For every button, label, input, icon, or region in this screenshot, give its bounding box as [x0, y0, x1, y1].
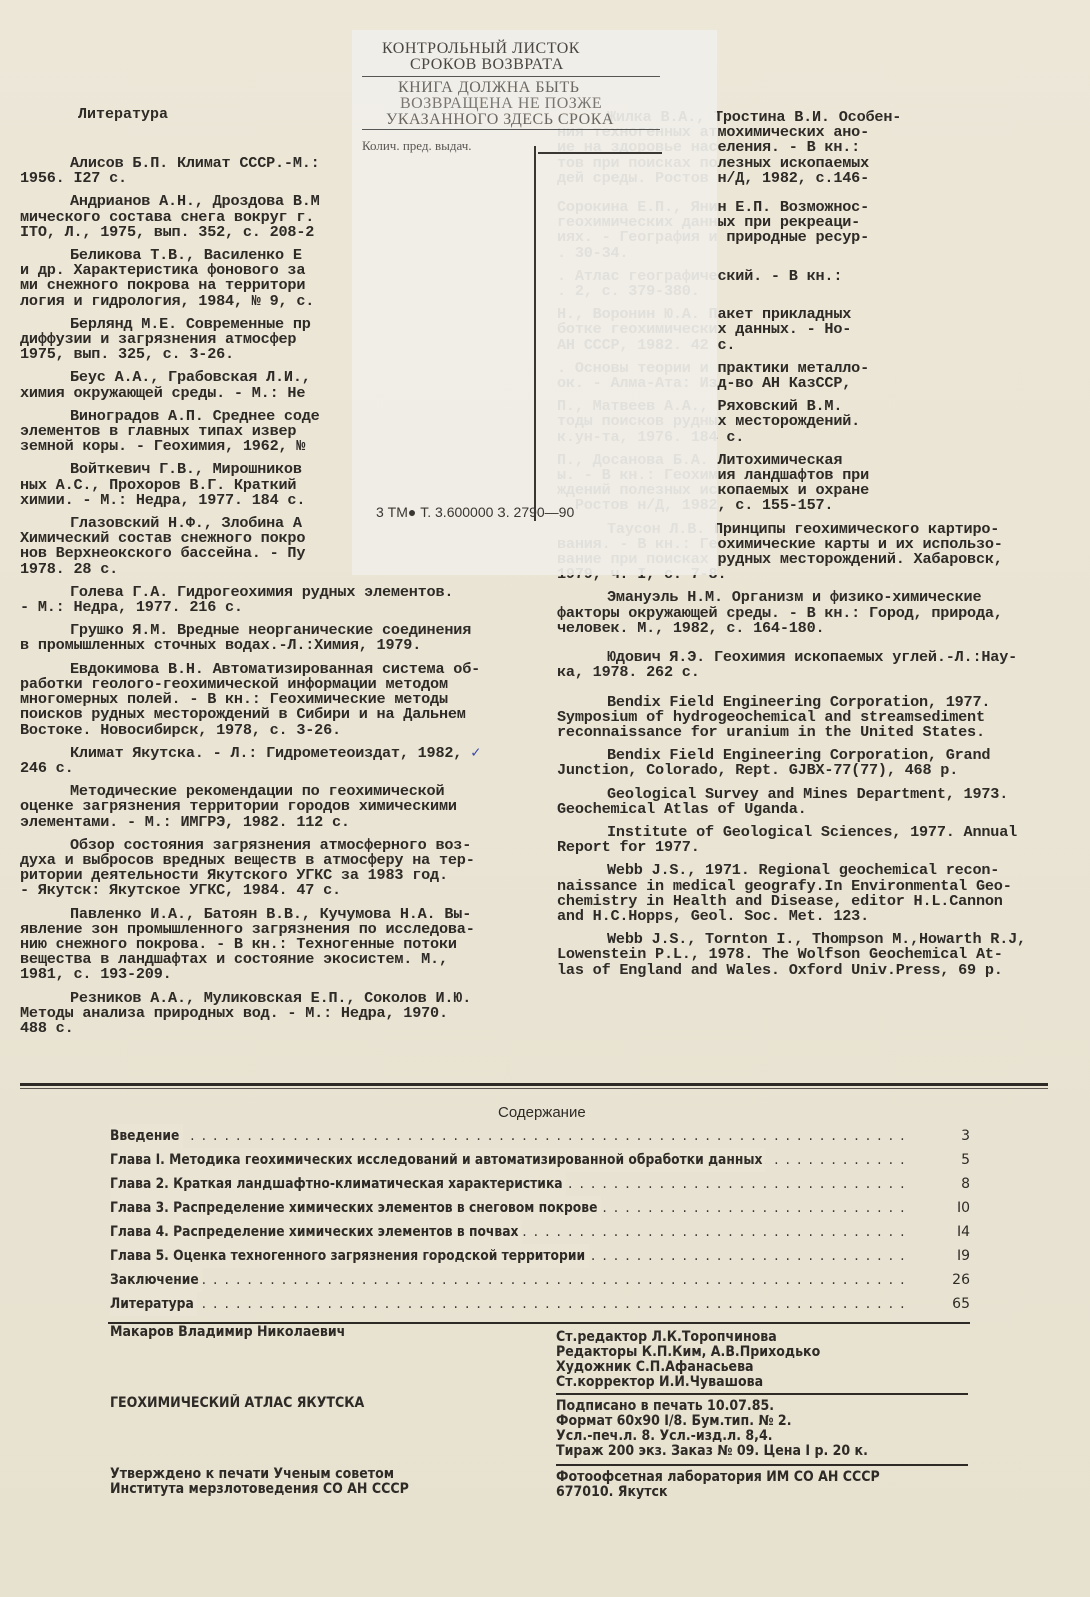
imprint-line: Фотоофсетная лаборатория ИМ СО АН СССР — [556, 1470, 880, 1485]
toc-entry: ........................................… — [110, 1172, 970, 1196]
reference-line: духа и выбросов вредных веществ в атмосф… — [20, 853, 526, 868]
reference-line: Павленко И.А., Батоян В.В., Кучумова Н.А… — [20, 907, 526, 922]
section-heading: Литература — [78, 106, 168, 123]
imprint-approval-1: Утверждено к печати Ученым советом — [110, 1467, 394, 1482]
toc-title: Содержание — [498, 1104, 586, 1121]
reference-entry: Евдокимова В.Н. Автоматизированная систе… — [20, 662, 526, 738]
imprint-divider — [556, 1393, 968, 1395]
imprint-author: Макаров Владимир Николаевич — [110, 1325, 345, 1340]
reference-line: 488 с. — [20, 1021, 526, 1036]
reference-line: многомерных полей. - В кн.: Геохимически… — [20, 692, 526, 707]
reference-line: Обзор состояния загрязнения атмосферного… — [20, 838, 526, 853]
reference-line: and H.C.Hopps, Geol. Soc. Met. 123. — [557, 909, 1069, 924]
imprint-book-title: ГЕОХИМИЧЕСКИЙ АТЛАС ЯКУТСКА — [110, 1396, 364, 1411]
reference-line: Webb J.S., Tornton I., Thompson M.,Howar… — [557, 932, 1069, 947]
reference-line: - М.: Недра, 1977. 216 с. — [20, 600, 526, 615]
reference-line: Резников А.А., Муликовская Е.П., Соколов… — [20, 991, 526, 1006]
reference-line: las of England and Wales. Oxford Univ.Pr… — [557, 963, 1069, 978]
reference-line: человек. М., 1982, с. 164-180. — [557, 621, 1069, 636]
reference-line: Geochemical Atlas of Uganda. — [557, 802, 1069, 817]
reference-line: - Якутск: Якутское УГКС, 1984. 47 с. — [20, 883, 526, 898]
section-divider — [20, 1088, 1048, 1089]
toc-entry-label: Глава I. Методика геохимических исследов… — [110, 1148, 766, 1172]
reference-line: ритории деятельности Якутского УГКС за 1… — [20, 868, 526, 883]
reference-entry: Эмануэль Н.М. Организм и физико-химическ… — [557, 590, 1069, 636]
imprint-approval-2: Института мерзлотоведения СО АН СССР — [110, 1482, 409, 1497]
reference-entry: Павленко И.А., Батоян В.В., Кучумова Н.А… — [20, 907, 526, 983]
reference-entry: Климат Якутска. - Л.: Гидрометеоиздат, 1… — [20, 746, 526, 776]
reference-line: 246 с. — [20, 761, 526, 776]
reference-line: ка, 1978. 262 с. — [557, 665, 1069, 680]
reference-line: Методы анализа природных вод. - М.: Недр… — [20, 1006, 526, 1021]
reference-entry: Geological Survey and Mines Department, … — [557, 787, 1069, 817]
reference-line: Климат Якутска. - Л.: Гидрометеоиздат, 1… — [20, 746, 526, 761]
toc-entry: ........................................… — [110, 1292, 970, 1316]
imprint-divider — [556, 1464, 968, 1466]
reference-line: Эмануэль Н.М. Организм и физико-химическ… — [557, 590, 1069, 605]
reference-line: Методические рекомендации по геохимическ… — [20, 784, 526, 799]
reference-line: reconnaissance for uranium in the United… — [557, 725, 1069, 740]
reference-line: Bendix Field Engineering Corporation, Gr… — [557, 748, 1069, 763]
imprint-line: Подписано в печать 10.07.85. — [556, 1399, 868, 1414]
imprint-line: Ст.редактор Л.К.Торопчинова — [556, 1330, 820, 1345]
toc-entry-label: Глава 3. Распределение химических элемен… — [110, 1196, 601, 1220]
reference-line: Symposium of hydrogeochemical and stream… — [557, 710, 1069, 725]
reference-line: Грушко Я.М. Вредные неорганические соеди… — [20, 623, 526, 638]
reference-entry: Webb J.S., 1971. Regional geochemical re… — [557, 863, 1069, 924]
reference-line: поисков рудных месторождений в Сибири и … — [20, 707, 526, 722]
reference-line: Евдокимова В.Н. Автоматизированная систе… — [20, 662, 526, 677]
imprint-printing-lab: Фотоофсетная лаборатория ИМ СО АН СССР67… — [556, 1470, 880, 1500]
checkmark-icon: ✓ — [462, 746, 480, 761]
reference-entry: Обзор состояния загрязнения атмосферного… — [20, 838, 526, 899]
toc-entry-page: 5 — [930, 1148, 970, 1172]
imprint-line: Художник С.П.Афанасьева — [556, 1360, 820, 1375]
toc-entry-page: I0 — [930, 1196, 970, 1220]
imprint-line: Редакторы К.П.Ким, А.В.Приходько — [556, 1345, 820, 1360]
reference-entry: Webb J.S., Tornton I., Thompson M.,Howar… — [557, 932, 1069, 978]
reference-entry: Bendix Field Engineering Corporation, 19… — [557, 695, 1069, 741]
imprint-line: Ст.корректор И.И.Чувашова — [556, 1375, 820, 1390]
slip-print-stamp: 3 ТМ● Т. 3.600000 З. 2790—90 — [376, 504, 574, 520]
reference-line: факторы окружающей среды. - В кн.: Город… — [557, 606, 1069, 621]
reference-line: naissance in medical geografy.In Environ… — [557, 879, 1069, 894]
reference-line: Голева Г.А. Гидрогеохимия рудных элемент… — [20, 585, 526, 600]
imprint-print-details: Подписано в печать 10.07.85.Формат 60x90… — [556, 1399, 868, 1459]
reference-line: Geological Survey and Mines Department, … — [557, 787, 1069, 802]
reference-line: Юдович Я.Э. Геохимия ископаемых углей.-Л… — [557, 650, 1069, 665]
reference-line: Востоке. Новосибирск, 1978, с. 3-26. — [20, 723, 526, 738]
toc-entry-label: Введение — [110, 1124, 183, 1148]
reference-line: вещества в ландшафтах и состояние экосис… — [20, 952, 526, 967]
toc-entry: ........................................… — [110, 1244, 970, 1268]
library-return-slip: КОНТРОЛЬНЫЙ ЛИСТОК СРОКОВ ВОЗВРАТА КНИГА… — [352, 30, 717, 575]
toc-entry-label: Глава 5. Оценка техногенного загрязнения… — [110, 1244, 589, 1268]
toc-entry: ........................................… — [110, 1220, 970, 1244]
reference-line: в промышленных сточных водах.-Л.:Химия, … — [20, 638, 526, 653]
reference-line: Institute of Geological Sciences, 1977. … — [557, 825, 1069, 840]
reference-line: 1981, с. 193-209. — [20, 967, 526, 982]
toc-leader-dots: ........................................… — [110, 1124, 912, 1148]
toc-entry-page: 3 — [930, 1124, 970, 1148]
imprint-line: 677010. Якутск — [556, 1485, 880, 1500]
slip-field-label: Колич. пред. выдач. — [362, 138, 472, 154]
imprint-line: Усл.-печ.л. 8. Усл.-изд.л. 8,4. — [556, 1429, 868, 1444]
imprint-line: Тираж 200 экз. Заказ № 09. Цена I р. 20 … — [556, 1444, 868, 1459]
toc-entry: ........................................… — [110, 1148, 970, 1172]
slip-entry-line — [538, 152, 662, 154]
toc-entry-page: 65 — [930, 1292, 970, 1316]
toc-entry-page: I4 — [930, 1220, 970, 1244]
reference-line: Report for 1977. — [557, 840, 1069, 855]
toc-entry-page: 8 — [930, 1172, 970, 1196]
reference-entry: Голева Г.А. Гидрогеохимия рудных элемент… — [20, 585, 526, 615]
table-of-contents: ........................................… — [110, 1124, 970, 1316]
toc-entry: ........................................… — [110, 1196, 970, 1220]
slip-title-line-2: СРОКОВ ВОЗВРАТА — [410, 56, 564, 74]
reference-line: работки геолого-геохимической информации… — [20, 677, 526, 692]
toc-leader-dots: ........................................… — [110, 1292, 912, 1316]
toc-entry-label: Литература — [110, 1292, 197, 1316]
reference-line: Bendix Field Engineering Corporation, 19… — [557, 695, 1069, 710]
reference-line: нию снежного покрова. - В кн.: Техногенн… — [20, 937, 526, 952]
toc-entry-label: Глава 4. Распределение химических элемен… — [110, 1220, 522, 1244]
reference-entry: Юдович Я.Э. Геохимия ископаемых углей.-Л… — [557, 650, 1069, 680]
toc-entry-page: 26 — [930, 1268, 970, 1292]
toc-entry-label: Заключение — [110, 1268, 202, 1292]
slip-divider — [362, 129, 660, 130]
toc-entry: ........................................… — [110, 1124, 970, 1148]
reference-entry: Bendix Field Engineering Corporation, Gr… — [557, 748, 1069, 778]
reference-entry: Резников А.А., Муликовская Е.П., Соколов… — [20, 991, 526, 1037]
reference-line: элементами. - М.: ИМГРЭ, 1982. 112 с. — [20, 815, 526, 830]
slip-column-line — [534, 146, 536, 521]
reference-entry: Institute of Geological Sciences, 1977. … — [557, 825, 1069, 855]
section-divider — [20, 1083, 1048, 1086]
reference-line: Junction, Colorado, Rept. GJBX-77(77), 4… — [557, 763, 1069, 778]
reference-entry: Методические рекомендации по геохимическ… — [20, 784, 526, 830]
reference-line: chemistry in Health and Disease, editor … — [557, 894, 1069, 909]
slip-divider — [362, 76, 660, 77]
toc-leader-dots: ........................................… — [110, 1268, 912, 1292]
document-page: Литература Алисов Б.П. Климат СССР.-М.:1… — [0, 0, 1090, 1597]
reference-line: Lowenstein P.L., 1978. The Wolfson Geoch… — [557, 947, 1069, 962]
slip-note-line-3: УКАЗАННОГО ЗДЕСЬ СРОКА — [386, 111, 614, 129]
imprint-line: Формат 60x90 I/8. Бум.тип. № 2. — [556, 1414, 868, 1429]
toc-entry: ........................................… — [110, 1268, 970, 1292]
reference-entry: Грушко Я.М. Вредные неорганические соеди… — [20, 623, 526, 653]
reference-line: оценке загрязнения территории городов хи… — [20, 799, 526, 814]
imprint-staff: Ст.редактор Л.К.ТоропчиноваРедакторы К.П… — [556, 1330, 820, 1390]
toc-entry-label: Глава 2. Краткая ландшафтно-климатическа… — [110, 1172, 566, 1196]
reference-line: Webb J.S., 1971. Regional geochemical re… — [557, 863, 1069, 878]
toc-entry-page: I9 — [930, 1244, 970, 1268]
reference-line: явление зон промышленного загрязнения по… — [20, 922, 526, 937]
